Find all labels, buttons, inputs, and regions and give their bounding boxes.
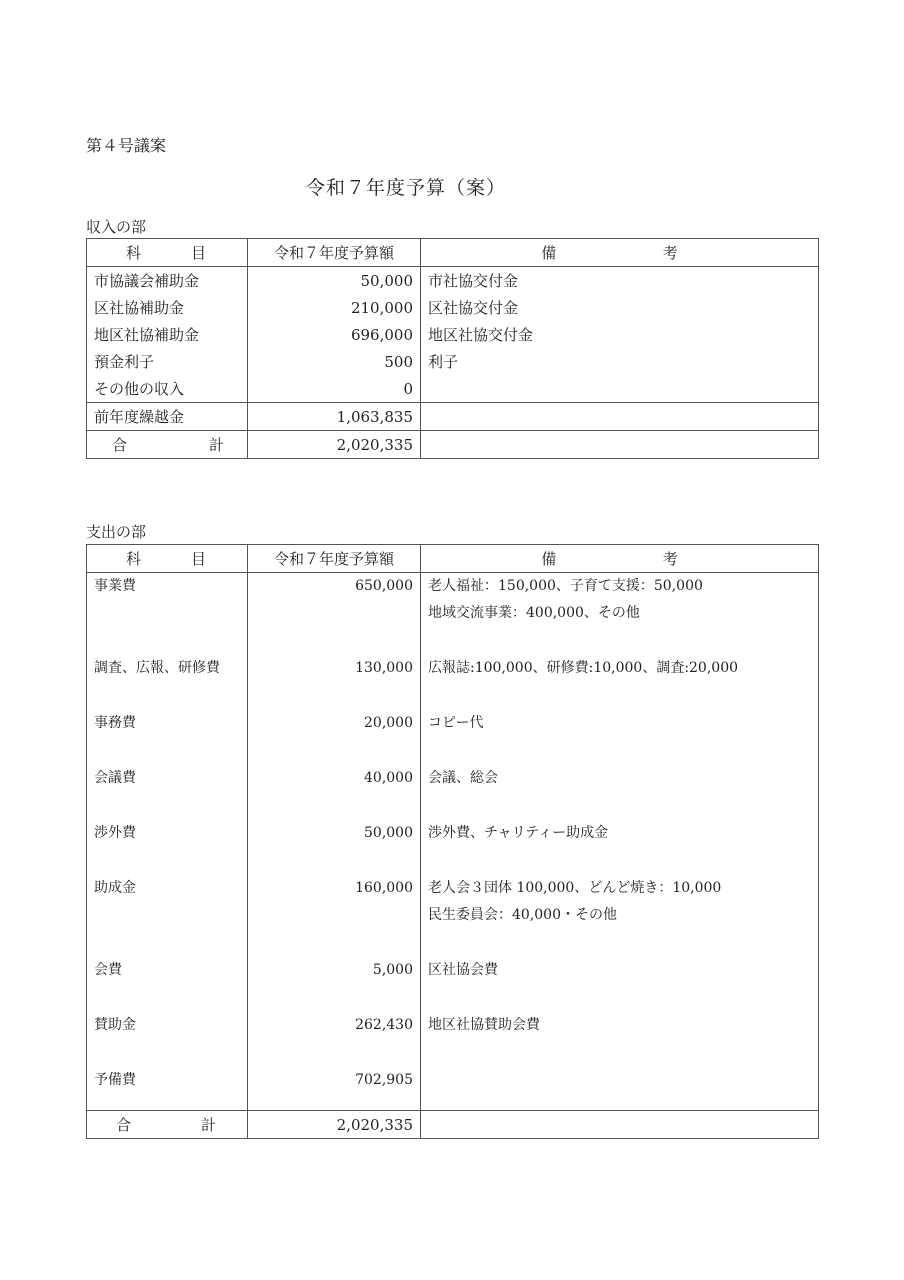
income-table: 科目 令和７年度予算額 備考 市協議会補助金 50,000 市社協交付金 区社協… bbox=[86, 238, 819, 459]
agenda-number: 第４号議案 bbox=[86, 133, 166, 156]
header-remarks-char: 考 bbox=[663, 242, 678, 263]
amount-cell: 20,000 bbox=[248, 710, 421, 765]
remarks-line: コピー代 bbox=[428, 710, 811, 737]
header-remarks-char: 備 bbox=[541, 548, 556, 569]
amount-cell: 160,000 bbox=[248, 875, 421, 957]
income-header-row: 科目 令和７年度予算額 備考 bbox=[87, 239, 819, 267]
table-row: 事業費 650,000 老人福祉：150,000、子育て支援：50,000地域交… bbox=[87, 573, 819, 656]
remarks-line: 区社協会費 bbox=[428, 957, 811, 984]
amount-cell: 1,063,835 bbox=[248, 403, 421, 431]
remarks-cell: 地区社協交付金 bbox=[421, 321, 819, 348]
remarks-cell bbox=[421, 1067, 819, 1111]
table-row: 賛助金 262,430 地区社協賛助会費 bbox=[87, 1012, 819, 1067]
item-cell: 賛助金 bbox=[87, 1012, 248, 1067]
total-row: 合計 2,020,335 bbox=[87, 431, 819, 459]
total-label: 合計 bbox=[87, 431, 248, 459]
header-remarks-char: 備 bbox=[541, 242, 556, 263]
item-cell: 助成金 bbox=[87, 875, 248, 957]
amount-cell: 5,000 bbox=[248, 957, 421, 1012]
item-cell: 会費 bbox=[87, 957, 248, 1012]
income-section-label: 収入の部 bbox=[86, 216, 146, 237]
remarks-line: 広報誌:100,000、研修費:10,000、調査:20,000 bbox=[428, 655, 811, 682]
remarks-cell: 渉外費、チャリティー助成金 bbox=[421, 820, 819, 875]
remarks-line: 会議、総会 bbox=[428, 765, 811, 792]
header-item-char: 科 bbox=[126, 242, 141, 263]
amount-cell: 702,905 bbox=[248, 1067, 421, 1111]
header-remarks-char: 考 bbox=[663, 548, 678, 569]
remarks-cell: 老人福祉：150,000、子育て支援：50,000地域交流事業：400,000、… bbox=[421, 573, 819, 656]
table-row: 助成金 160,000 老人会３団体 100,000、どんど焼き：10,000民… bbox=[87, 875, 819, 957]
header-amount: 令和７年度予算額 bbox=[248, 545, 421, 573]
amount-cell: 262,430 bbox=[248, 1012, 421, 1067]
item-cell: 区社協補助金 bbox=[87, 294, 248, 321]
table-row: 渉外費 50,000 渉外費、チャリティー助成金 bbox=[87, 820, 819, 875]
item-cell: 事業費 bbox=[87, 573, 248, 656]
item-cell: 渉外費 bbox=[87, 820, 248, 875]
page-title: 令和７年度予算（案） bbox=[306, 173, 506, 200]
amount-cell: 0 bbox=[248, 375, 421, 403]
table-row: その他の収入 0 bbox=[87, 375, 819, 403]
header-item: 科目 bbox=[87, 545, 248, 573]
remarks-cell: 広報誌:100,000、研修費:10,000、調査:20,000 bbox=[421, 655, 819, 710]
table-row: 預金利子 500 利子 bbox=[87, 348, 819, 375]
expense-section-label: 支出の部 bbox=[86, 521, 146, 542]
header-item: 科目 bbox=[87, 239, 248, 267]
table-row: 会費 5,000 区社協会費 bbox=[87, 957, 819, 1012]
table-row: 会議費 40,000 会議、総会 bbox=[87, 765, 819, 820]
remarks-line: 地域交流事業：400,000、その他 bbox=[428, 600, 811, 627]
table-row: 市協議会補助金 50,000 市社協交付金 bbox=[87, 267, 819, 295]
carryover-row: 前年度繰越金 1,063,835 bbox=[87, 403, 819, 431]
amount-cell: 50,000 bbox=[248, 267, 421, 295]
remarks-cell bbox=[421, 1111, 819, 1139]
table-row: 調査、広報、研修費 130,000 広報誌:100,000、研修費:10,000… bbox=[87, 655, 819, 710]
remarks-line: 老人会３団体 100,000、どんど焼き：10,000 bbox=[428, 875, 811, 902]
remarks-cell: 利子 bbox=[421, 348, 819, 375]
total-label-char: 計 bbox=[209, 434, 224, 455]
item-cell: 調査、広報、研修費 bbox=[87, 655, 248, 710]
item-cell: 預金利子 bbox=[87, 348, 248, 375]
amount-cell: 500 bbox=[248, 348, 421, 375]
header-item-char: 科 bbox=[126, 548, 141, 569]
remarks-cell: 会議、総会 bbox=[421, 765, 819, 820]
remarks-cell: 市社協交付金 bbox=[421, 267, 819, 295]
expense-table: 科目 令和７年度予算額 備考 事業費 650,000 老人福祉：150,000、… bbox=[86, 544, 819, 1139]
table-row: 事務費 20,000 コピー代 bbox=[87, 710, 819, 765]
total-amount: 2,020,335 bbox=[248, 431, 421, 459]
amount-cell: 210,000 bbox=[248, 294, 421, 321]
total-amount: 2,020,335 bbox=[248, 1111, 421, 1139]
remarks-line: 渉外費、チャリティー助成金 bbox=[428, 820, 811, 847]
remarks-cell: 地区社協賛助会費 bbox=[421, 1012, 819, 1067]
total-label-char: 計 bbox=[201, 1114, 216, 1135]
header-item-char: 目 bbox=[191, 242, 206, 263]
expense-header-row: 科目 令和７年度予算額 備考 bbox=[87, 545, 819, 573]
remarks-cell bbox=[421, 431, 819, 459]
remarks-line: 民生委員会：40,000・その他 bbox=[428, 902, 811, 929]
remarks-cell: 区社協交付金 bbox=[421, 294, 819, 321]
header-remarks: 備考 bbox=[421, 545, 819, 573]
table-row: 地区社協補助金 696,000 地区社協交付金 bbox=[87, 321, 819, 348]
item-cell: 予備費 bbox=[87, 1067, 248, 1111]
header-amount: 令和７年度予算額 bbox=[248, 239, 421, 267]
amount-cell: 40,000 bbox=[248, 765, 421, 820]
remarks-cell: 老人会３団体 100,000、どんど焼き：10,000民生委員会：40,000・… bbox=[421, 875, 819, 957]
total-label: 合計 bbox=[87, 1111, 248, 1139]
item-cell: 前年度繰越金 bbox=[87, 403, 248, 431]
item-cell: 事務費 bbox=[87, 710, 248, 765]
amount-cell: 50,000 bbox=[248, 820, 421, 875]
total-label-char: 合 bbox=[112, 434, 127, 455]
table-row: 区社協補助金 210,000 区社協交付金 bbox=[87, 294, 819, 321]
total-row: 合計 2,020,335 bbox=[87, 1111, 819, 1139]
amount-cell: 130,000 bbox=[248, 655, 421, 710]
remarks-cell bbox=[421, 375, 819, 403]
item-cell: その他の収入 bbox=[87, 375, 248, 403]
item-cell: 会議費 bbox=[87, 765, 248, 820]
total-label-char: 合 bbox=[116, 1114, 131, 1135]
header-item-char: 目 bbox=[191, 548, 206, 569]
amount-cell: 650,000 bbox=[248, 573, 421, 656]
remarks-line: 地区社協賛助会費 bbox=[428, 1012, 811, 1039]
amount-cell: 696,000 bbox=[248, 321, 421, 348]
item-cell: 地区社協補助金 bbox=[87, 321, 248, 348]
item-cell: 市協議会補助金 bbox=[87, 267, 248, 295]
header-remarks: 備考 bbox=[421, 239, 819, 267]
remarks-cell: 区社協会費 bbox=[421, 957, 819, 1012]
remarks-cell: コピー代 bbox=[421, 710, 819, 765]
table-row: 予備費 702,905 bbox=[87, 1067, 819, 1111]
remarks-line: 老人福祉：150,000、子育て支援：50,000 bbox=[428, 573, 811, 600]
remarks-cell bbox=[421, 403, 819, 431]
